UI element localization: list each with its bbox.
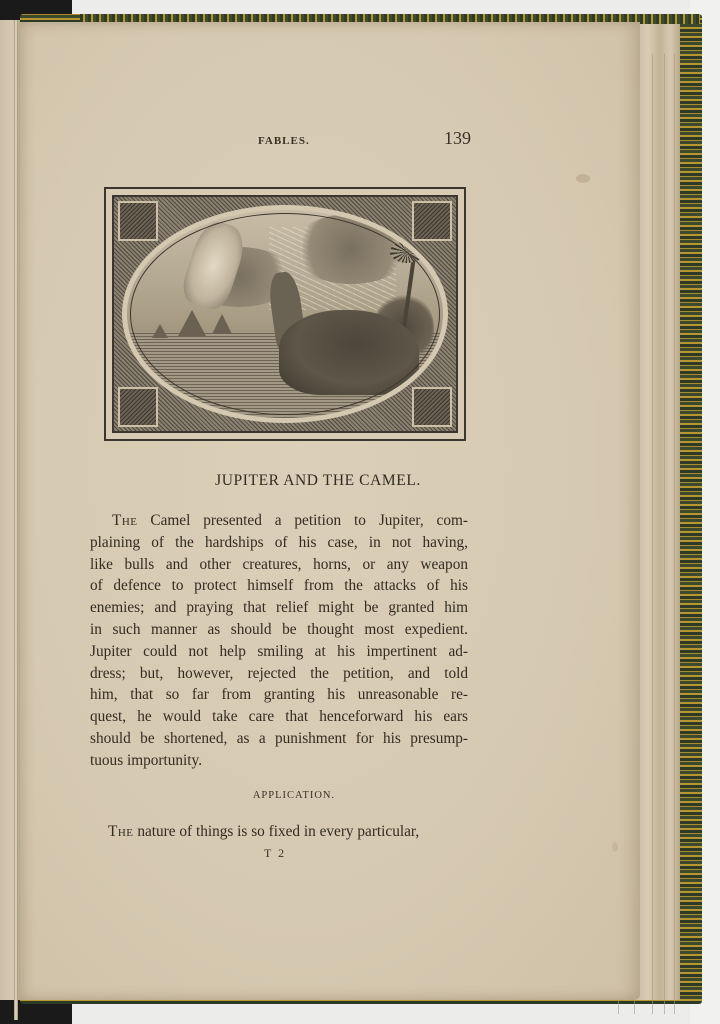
page-edge-line — [652, 54, 653, 1014]
text-line: quest, he would take care that henceforw… — [90, 706, 468, 728]
engraving-hatched-frame — [112, 195, 458, 433]
page-number: 139 — [444, 128, 471, 149]
text-line: should be shortened, as a punishment for… — [90, 728, 468, 750]
text-line: plaining of the hardships of his case, i… — [90, 532, 468, 554]
signature-mark: T 2 — [264, 846, 286, 861]
text-line: The Camel presented a petition to Jupite… — [90, 510, 468, 532]
application-text: The nature of things is so fixed in ever… — [108, 823, 468, 841]
gutter-fold — [14, 20, 18, 1020]
frame-corner — [412, 201, 452, 241]
text-line: dress; but, however, rejected the petiti… — [90, 663, 468, 685]
text-line: in such manner as should be thought most… — [90, 619, 468, 641]
book-page: FABLES. 139 — [20, 22, 640, 1000]
text-line: Jupiter could not help smiling at his im… — [90, 641, 468, 663]
fable-body: The Camel presented a petition to Jupite… — [90, 510, 468, 772]
running-head: FABLES. — [258, 135, 310, 147]
text-line: enemies; and praying that relief might b… — [90, 597, 468, 619]
oval-border — [130, 213, 440, 415]
text-line: him, that so far from granting his unrea… — [90, 684, 468, 706]
foxing-spot — [576, 174, 590, 183]
application-heading: APPLICATION. — [20, 790, 640, 801]
fable-title: JUPITER AND THE CAMEL. — [20, 472, 640, 490]
page-edge-line — [674, 54, 675, 1014]
oval-vignette — [122, 205, 448, 423]
engraving-illustration — [104, 187, 466, 441]
lead-word: The — [112, 512, 138, 529]
lead-word: The — [108, 823, 134, 840]
foxing-spot — [612, 842, 618, 852]
text-line: tuous importunity. — [90, 750, 468, 772]
frame-corner — [118, 201, 158, 241]
text-line: like bulls and other creatures, horns, o… — [90, 554, 468, 576]
text-line: of defence to protect himself from the a… — [90, 575, 468, 597]
page-edge-line — [664, 54, 665, 1014]
